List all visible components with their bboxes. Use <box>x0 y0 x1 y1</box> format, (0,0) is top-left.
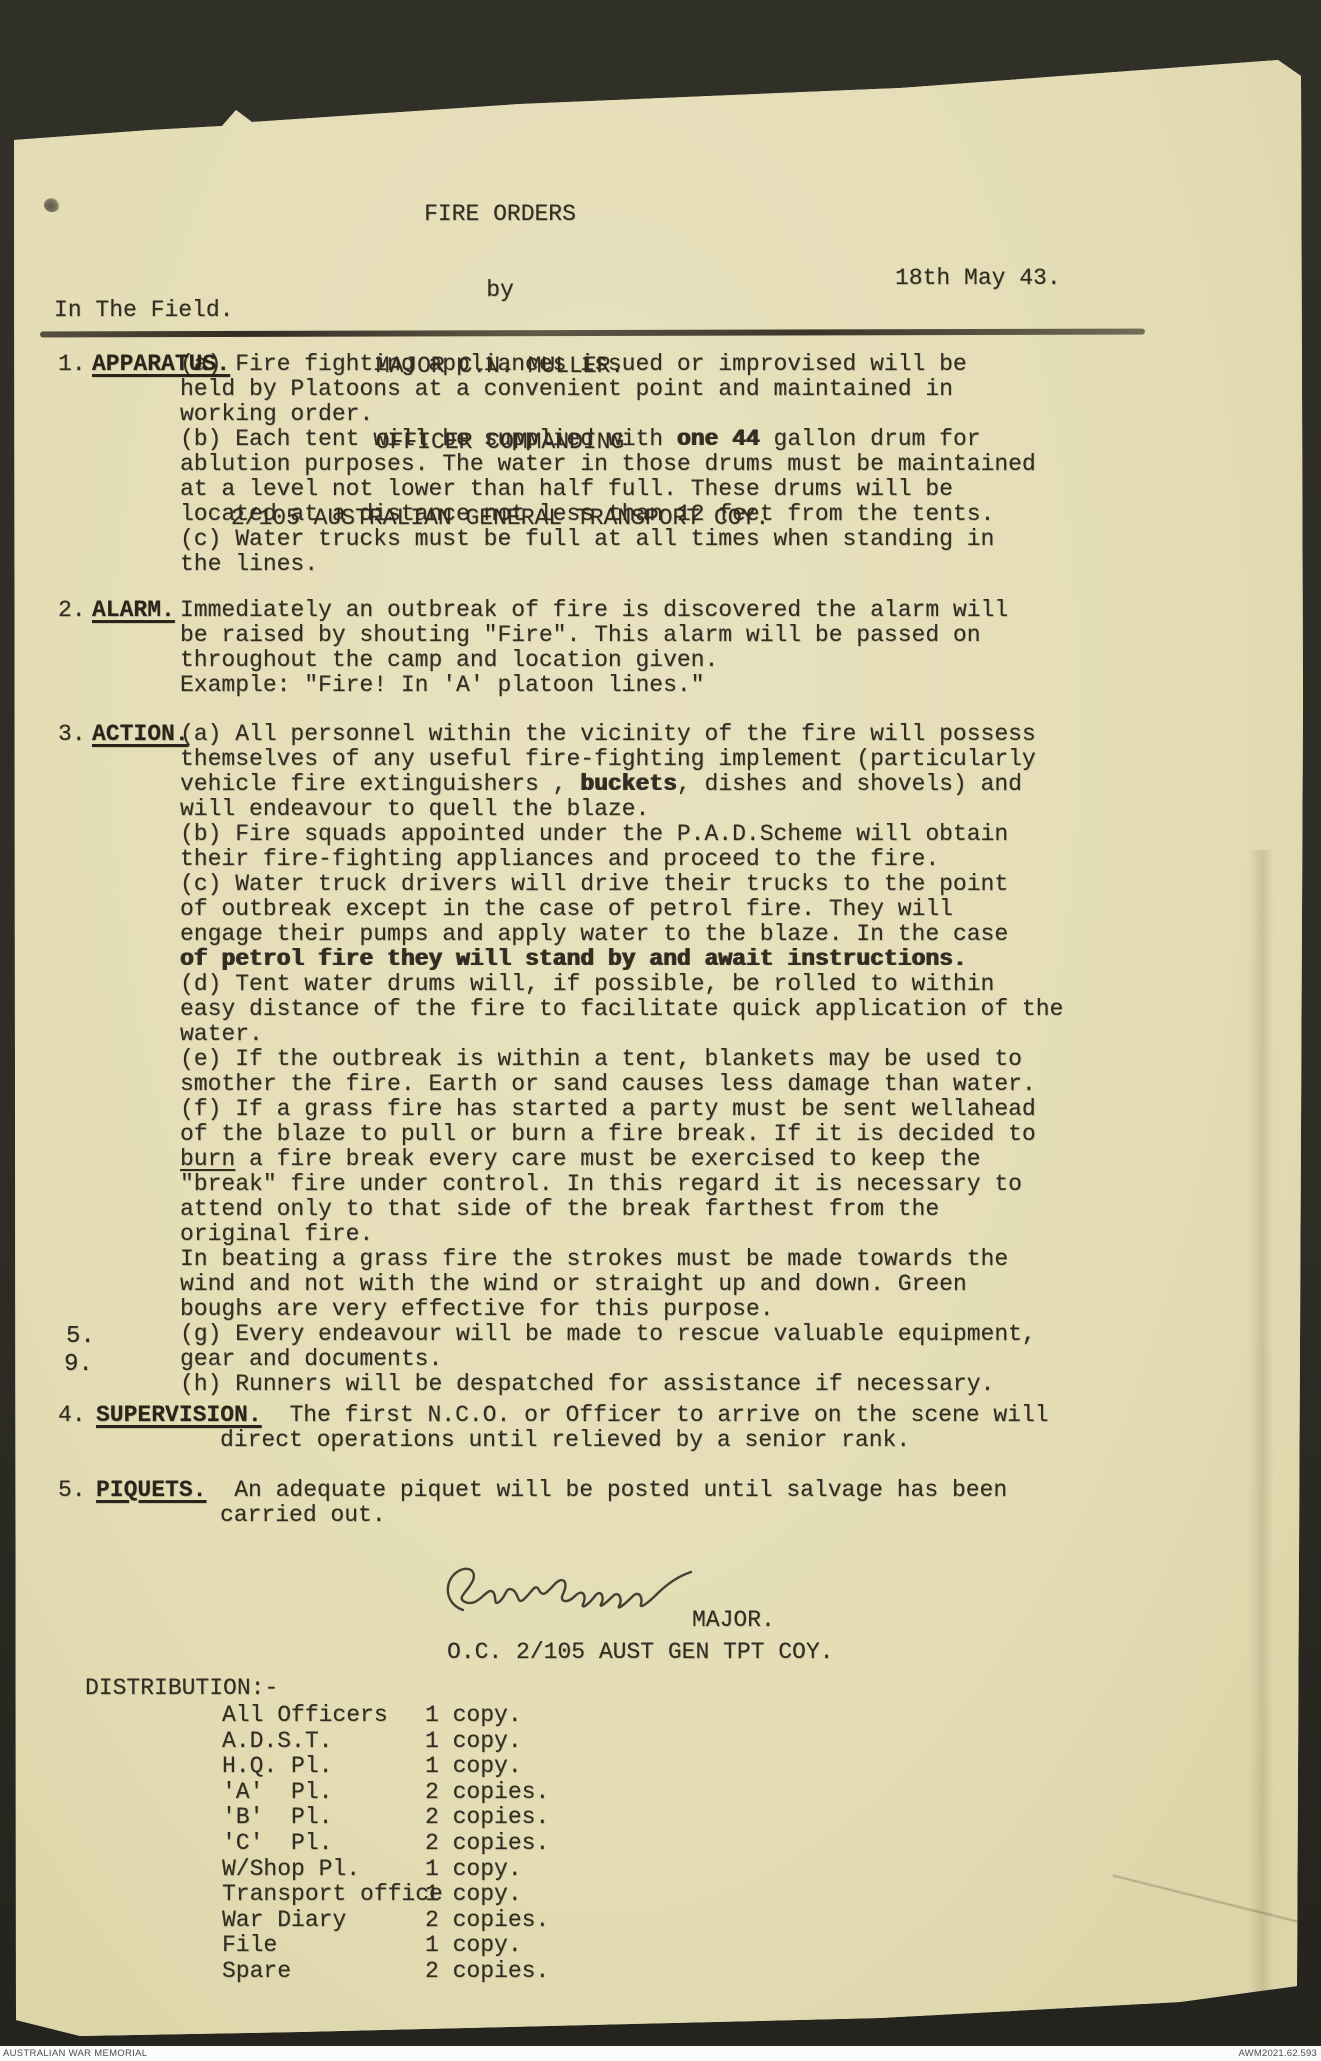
section-number: 2. <box>58 598 86 623</box>
section-number: 1. <box>58 352 86 377</box>
paper-crease <box>1248 850 1274 2000</box>
overstruck-text: one 44 <box>677 426 760 452</box>
typed-line: easy distance of the fire to facilitate … <box>180 997 1220 1022</box>
distribution-copies: 2 copies. <box>425 1831 549 1856</box>
typed-line: original fire. <box>180 1222 1220 1247</box>
section-number: 5. <box>58 1478 86 1503</box>
typed-text: , dishes and shovels) and <box>677 771 1022 797</box>
order-section-action: 3.ACTION.(a) All personnel within the vi… <box>0 722 1220 1397</box>
archive-name: AUSTRALIAN WAR MEMORIAL <box>3 2048 147 2059</box>
section-body: SUPERVISION. The first N.C.O. or Officer… <box>96 1403 1220 1453</box>
typed-line: water. <box>180 1022 1220 1047</box>
typed-line: PIQUETS. An adequate piquet will be post… <box>96 1478 1220 1503</box>
distribution-copies: 1 copy. <box>425 1933 522 1958</box>
typed-line: held by Platoons at a convenient point a… <box>180 377 1220 402</box>
typed-line: (b) Each tent will be supplied with one … <box>180 427 1220 452</box>
section-number: 4. <box>58 1403 86 1428</box>
document-date: 18th May 43. <box>895 266 1061 291</box>
typed-line: located at a distance not less than 12 f… <box>180 502 1220 527</box>
typed-text: vehicle fire extinguishers , <box>180 771 580 797</box>
section-number: 3. <box>58 722 86 747</box>
typed-line: In beating a grass fire the strokes must… <box>180 1247 1220 1272</box>
distribution-recipient: 'C' Pl. <box>222 1831 332 1856</box>
underlined-word: burn <box>180 1146 235 1172</box>
paper-hole-artifact <box>44 198 60 212</box>
typed-text: a fire break every care must be exercise… <box>235 1146 980 1172</box>
typed-line: (b) Fire squads appointed under the P.A.… <box>180 822 1220 847</box>
typed-line: throughout the camp and location given. <box>180 648 1220 673</box>
typed-line: vehicle fire extinguishers , buckets, di… <box>180 772 1220 797</box>
distribution-copies: 2 copies. <box>425 1780 549 1805</box>
typed-line: (h) Runners will be despatched for assis… <box>180 1372 1220 1397</box>
typed-line: SUPERVISION. The first N.C.O. or Officer… <box>96 1403 1220 1428</box>
distribution-recipient: H.Q. Pl. <box>222 1754 332 1779</box>
typed-text: (b) Each tent will be supplied with <box>180 426 677 452</box>
typed-line: (a) Fire fighting appliances issued or i… <box>180 352 1220 377</box>
distribution-recipient: Spare <box>222 1959 291 1984</box>
paper-fold-mark <box>1113 1875 1317 1928</box>
typed-line: burn a fire break every care must be exe… <box>180 1147 1220 1172</box>
paper-sheet: FIRE ORDERS by MAJOR C.N. MULLER. OFFICE… <box>0 0 1321 2045</box>
typed-line: (f) If a grass fire has started a party … <box>180 1097 1220 1122</box>
order-section-supervision: 4.SUPERVISION. The first N.C.O. or Offic… <box>0 1403 1220 1453</box>
distribution-copies: 1 copy. <box>425 1857 522 1882</box>
distribution-copies: 2 copies. <box>425 1908 549 1933</box>
typed-line: at a level not lower than half full. The… <box>180 477 1220 502</box>
distribution-recipient: War Diary <box>222 1908 346 1933</box>
order-section-alarm: 2.ALARM.Immediately an outbreak of fire … <box>0 598 1220 698</box>
typed-line: "break" fire under control. In this rega… <box>180 1172 1220 1197</box>
overstruck-text: buckets <box>580 771 677 797</box>
distribution-recipient: All Officers <box>222 1703 388 1728</box>
typed-line: be raised by shouting "Fire". This alarm… <box>180 623 1220 648</box>
typed-line: direct operations until relieved by a se… <box>96 1428 1220 1453</box>
section-heading: ALARM. <box>92 598 175 623</box>
distribution-copies: 1 copy. <box>425 1754 522 1779</box>
archive-id: AWM2021.62.593 <box>1239 2048 1318 2059</box>
typed-line: attend only to that side of the break fa… <box>180 1197 1220 1222</box>
typed-line: Example: "Fire! In 'A' platoon lines." <box>180 673 1220 698</box>
scanned-document: FIRE ORDERS by MAJOR C.N. MULLER. OFFICE… <box>0 0 1321 2061</box>
section-body: (a) Fire fighting appliances issued or i… <box>180 352 1220 577</box>
archive-footer: AUSTRALIAN WAR MEMORIAL AWM2021.62.593 <box>0 2046 1321 2061</box>
typed-line: (c) Water trucks must be full at all tim… <box>180 527 1220 552</box>
section-heading: SUPERVISION. <box>96 1402 262 1428</box>
section-heading: APPARATUS. <box>92 352 230 377</box>
section-body: (a) All personnel within the vicinity of… <box>180 722 1220 1397</box>
typed-line: of petrol fire they will stand by and aw… <box>180 947 1220 972</box>
overstruck-text: of petrol fire they will stand by and aw… <box>180 946 967 972</box>
distribution-recipient: File <box>222 1933 277 1958</box>
typed-line: Immediately an outbreak of fire is disco… <box>180 598 1220 623</box>
typed-line: will endeavour to quell the blaze. <box>180 797 1220 822</box>
typed-line: their fire-fighting appliances and proce… <box>180 847 1220 872</box>
typed-line: working order. <box>180 402 1220 427</box>
typed-line: (g) Every endeavour will be made to resc… <box>180 1322 1220 1347</box>
typed-line: of the blaze to pull or burn a fire brea… <box>180 1122 1220 1147</box>
typed-line: of outbreak except in the case of petrol… <box>180 897 1220 922</box>
typed-line: (c) Water truck drivers will drive their… <box>180 872 1220 897</box>
typed-line: (e) If the outbreak is within a tent, bl… <box>180 1047 1220 1072</box>
signatory-unit: O.C. 2/105 AUST GEN TPT COY. <box>447 1640 833 1665</box>
typed-line: (d) Tent water drums will, if possible, … <box>180 972 1220 997</box>
typed-line: engage their pumps and apply water to th… <box>180 922 1220 947</box>
distribution-recipient: A.D.S.T. <box>222 1729 332 1754</box>
distribution-label: DISTRIBUTION:- <box>85 1676 278 1701</box>
typed-text: The first N.C.O. or Officer to arrive on… <box>276 1402 1049 1428</box>
typed-text: gallon drum for <box>760 426 981 452</box>
section-body: PIQUETS. An adequate piquet will be post… <box>96 1478 1220 1528</box>
document-place: In The Field. <box>54 298 233 323</box>
distribution-recipient: Transport office <box>222 1882 443 1907</box>
typed-line: boughs are very effective for this purpo… <box>180 1297 1220 1322</box>
order-section-apparatus: 1.APPARATUS.(a) Fire fighting appliances… <box>0 352 1220 577</box>
typed-line: carried out. <box>96 1503 1220 1528</box>
typed-line: themselves of any useful fire-fighting i… <box>180 747 1220 772</box>
typed-line: the lines. <box>180 552 1220 577</box>
distribution-copies: 1 copy. <box>425 1882 522 1907</box>
typed-text: An adequate piquet will be posted until … <box>220 1477 1007 1503</box>
typed-line: smother the fire. Earth or sand causes l… <box>180 1072 1220 1097</box>
distribution-copies: 1 copy. <box>425 1729 522 1754</box>
distribution-copies: 2 copies. <box>425 1805 549 1830</box>
distribution-recipient: 'B' Pl. <box>222 1805 332 1830</box>
distribution-copies: 2 copies. <box>425 1959 549 1984</box>
distribution-copies: 1 copy. <box>425 1703 522 1728</box>
margin-mark: 9. <box>64 1352 93 1377</box>
section-heading: PIQUETS. <box>96 1477 206 1503</box>
title-line: FIRE ORDERS <box>90 202 910 228</box>
signatory-rank: MAJOR. <box>692 1608 775 1633</box>
margin-mark: 5. <box>66 1324 95 1349</box>
section-body: Immediately an outbreak of fire is disco… <box>180 598 1220 698</box>
distribution-recipient: 'A' Pl. <box>222 1780 332 1805</box>
section-heading: ACTION. <box>92 722 189 747</box>
signature <box>435 1552 715 1632</box>
typed-line: wind and not with the wind or straight u… <box>180 1272 1220 1297</box>
typed-line: (a) All personnel within the vicinity of… <box>180 722 1220 747</box>
order-section-piquets: 5.PIQUETS. An adequate piquet will be po… <box>0 1478 1220 1528</box>
typed-line: ablution purposes. The water in those dr… <box>180 452 1220 477</box>
typed-line: gear and documents. <box>180 1347 1220 1372</box>
distribution-recipient: W/Shop Pl. <box>222 1857 360 1882</box>
